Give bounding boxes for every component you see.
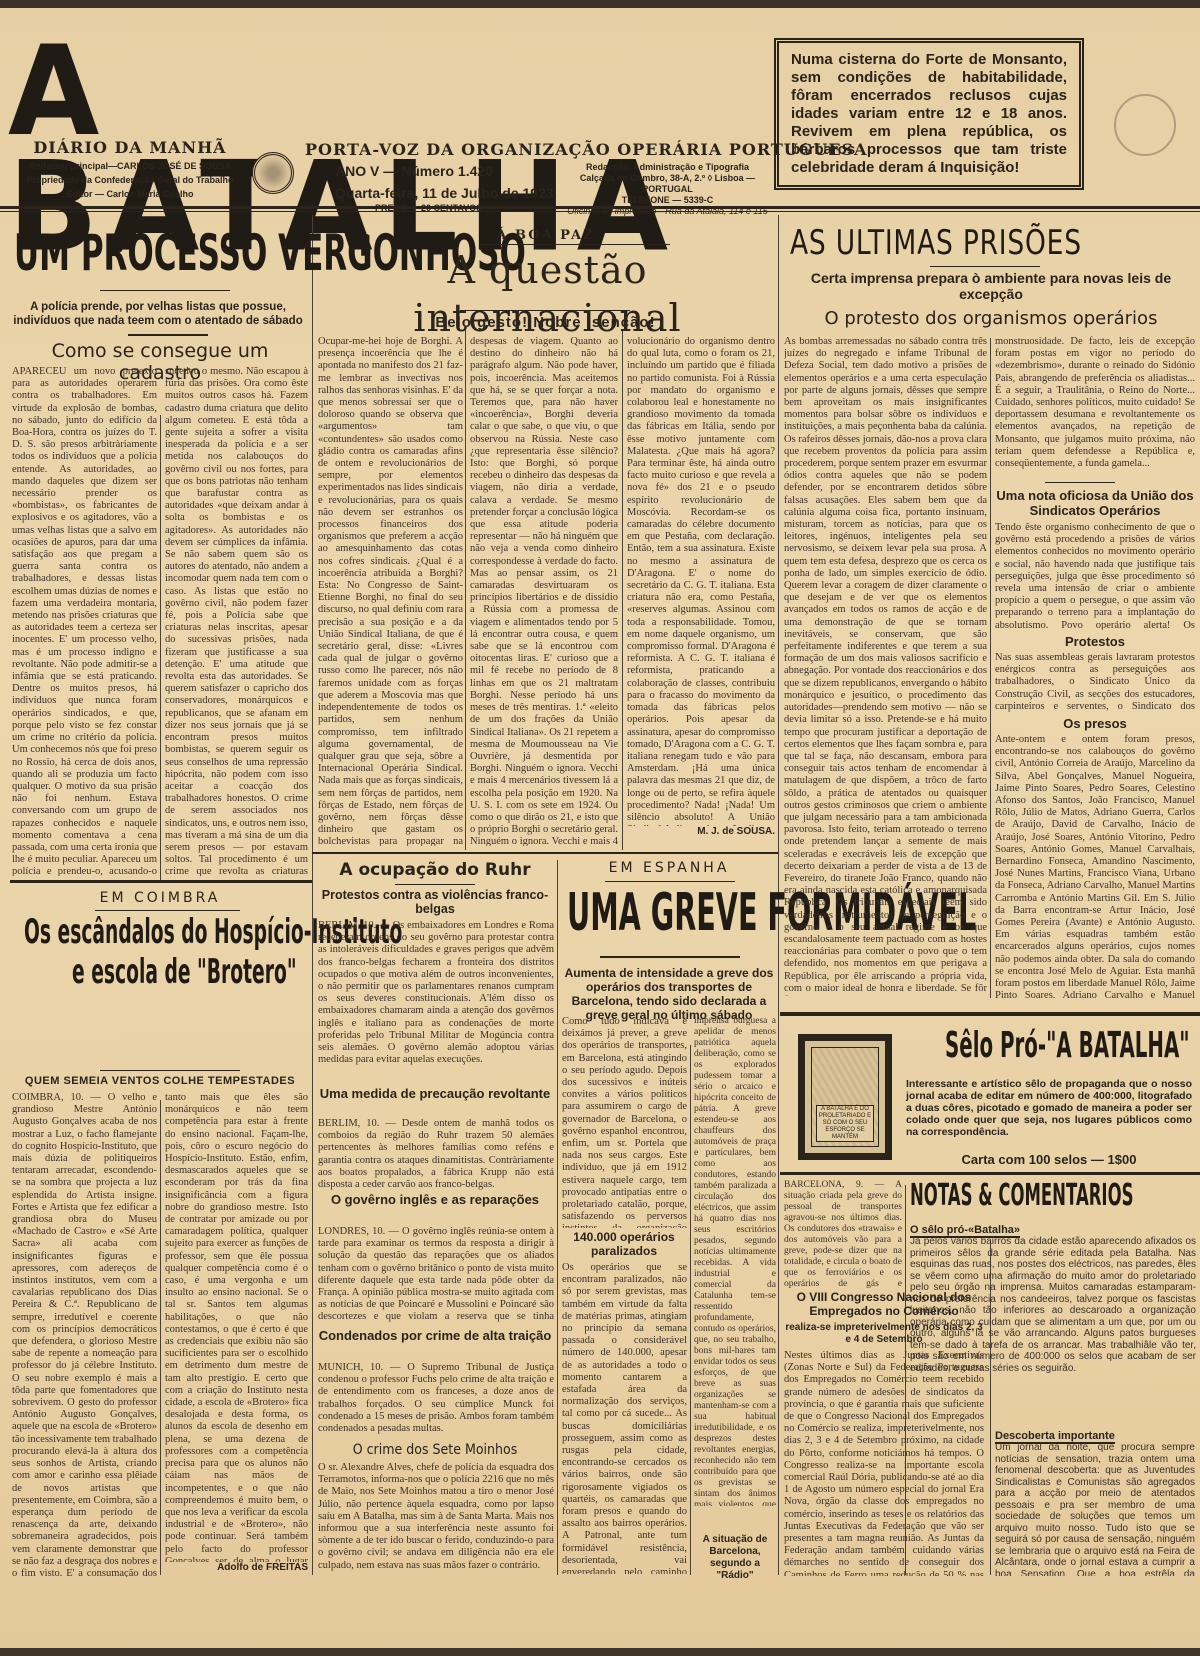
notas-body1: Já pelos vários bairros da cidade estão …: [910, 1236, 1196, 1422]
coimbra-headline-line1: Os escândalos do Hospício-Instituto: [24, 912, 288, 952]
prisoes-headline-wrap: AS ULTIMAS PRISÕES: [790, 222, 1200, 264]
coimbra-subhead: QUEM SEMEIA VENTOS COLHE TEMPESTADES: [10, 1075, 310, 1087]
questao-col2: despesas de viagem. Quanto ao destino do…: [470, 336, 618, 846]
ruhr-body1: BERLIM, 10. — Os embaixadores em Londres…: [318, 920, 554, 1085]
notas-body2: Um jornal da noite, que procura sempre n…: [995, 1442, 1195, 1576]
greve-col1: Como tudo indicava e deixámos já prever,…: [562, 1016, 687, 1228]
column-rule: [622, 330, 623, 850]
section-divider: [780, 1012, 1200, 1016]
coimbra-headline-line2: e escola de "Brotero": [72, 952, 281, 992]
greve-kicker: EM ESPANHA: [562, 860, 776, 876]
headline-rule: [395, 884, 475, 885]
prisoes-col2: monstruosidade. De facto, leis de excepç…: [995, 336, 1195, 478]
selo-headline: Sêlo Pró-"A BATALHA": [945, 1024, 1176, 1068]
prisoes-headline: AS ULTIMAS PRISÕES: [790, 222, 1200, 264]
prisoes-sub2: Uma nota oficiosa da União dos Sindicato…: [995, 488, 1195, 518]
ruhr-headline: A ocupação do Ruhr: [316, 860, 554, 880]
notas-sub2-wrap: Descoberta importante: [995, 1424, 1195, 1444]
section-divider: [10, 880, 312, 883]
processo-deck: A polícia prende, por velhas listas que …: [8, 300, 308, 328]
coimbra-signature: Adolfo de FREITAS: [165, 1562, 308, 1573]
greve-deck: Aumenta de intensidade a greve dos operá…: [560, 966, 778, 1022]
notice-box: Numa cisterna do Forte de Monsanto, sem …: [774, 38, 1084, 190]
prisoes-sub4: Os presos: [995, 716, 1195, 731]
processo-headline: UM PROCESSO VERGONHOSO: [14, 224, 312, 282]
selo-stamp-image: A BATALHA É DO PROLETARIADO E SÓ COM O S…: [798, 1034, 892, 1160]
column-rule: [312, 215, 313, 1575]
prisoes-deck: Certa imprensa prepara ò ambiente para n…: [786, 270, 1196, 302]
greve-sub3: A situação de Barcelona, segundo a "Rádi…: [692, 1534, 778, 1582]
section-divider: [312, 852, 778, 854]
masthead-address: Calçada do Combro, 38-A, 2.º ◊ Lisboa — …: [555, 173, 780, 195]
prisoes-col2b: Tendo êste organismo conhecimento de que…: [995, 522, 1195, 630]
union-seal-icon: [252, 152, 294, 194]
prisoes-col1: As bombas arremessadas no sábado contra …: [784, 336, 987, 996]
selo-headline-wrap: Sêlo Pró-"A BATALHA": [945, 1024, 1200, 1068]
section-divider: [780, 1172, 1200, 1175]
masthead-divider-thin: [0, 211, 1200, 212]
ruhr-body5: O sr. Alexandre Alves, chefe de polícia …: [318, 1462, 554, 1576]
ruhr-sub4: Condenados por crime de alta traição: [316, 1328, 554, 1343]
column-rule: [160, 1100, 161, 1575]
bottom-border: [0, 1648, 1200, 1656]
column-rule: [690, 1045, 691, 1575]
masthead-admin-label: Redacção, Administração e Tipografia: [555, 162, 780, 173]
ruhr-subhead: Protestos contra as violências franco-be…: [316, 888, 554, 916]
headline-rule: [100, 290, 230, 291]
prisoes-col2d: Ante-ontem e ontem foram presos, encontr…: [995, 734, 1195, 998]
headline-rule: [930, 266, 1040, 267]
masthead-daily: DIÁRIO DA MANHÃ: [10, 138, 250, 157]
coimbra-col1: COIMBRA, 10. — O velho e grandioso Mestr…: [12, 1092, 157, 1577]
selo-body: Interessante e artístico sêlo de propaga…: [906, 1078, 1192, 1138]
greve-col2b: BARCELONA, 9. — A situação criada pela g…: [784, 1180, 902, 1288]
column-rule: [160, 415, 161, 880]
prisoes-subhead: O protesto dos organismos operários: [786, 308, 1196, 329]
greve-col1b: Os operários que se encontram paralizado…: [562, 1262, 687, 1574]
ornament-rule: [128, 334, 208, 336]
ruhr-body4: MUNICH, 10. — O Supremo Tribunal de Just…: [318, 1362, 554, 1434]
kicker-rule: [480, 244, 670, 245]
greve-sub2: 140.000 operários paralizados: [560, 1230, 688, 1258]
notas-headline-wrap: NOTAS & COMENTARIOS: [910, 1178, 1200, 1214]
library-stamp-icon: [1114, 94, 1176, 156]
notas-headline: NOTAS & COMENTARIOS: [910, 1178, 1163, 1214]
selo-stamp-caption: A BATALHA É DO PROLETARIADO E SÓ COM O S…: [816, 1105, 874, 1142]
coimbra-kicker: EM COIMBRA: [10, 890, 310, 906]
headline-rule: [100, 1070, 240, 1071]
questao-subhead: Belo gesto! Nobre isenção!: [318, 314, 773, 331]
ruhr-sub2: Uma medida de precaução revoltante: [316, 1086, 554, 1101]
questao-signature: M. J. de SOUSA.: [627, 826, 775, 837]
ruhr-body3: LONDRES, 10. — O govêrno inglês reúnia-s…: [318, 1226, 554, 1324]
questao-col3: volucionário do organismo dentro do qual…: [627, 336, 775, 826]
masthead-editor: Editor — Carlos Maria Coelho: [10, 189, 250, 199]
masthead-title: A BATALHA: [8, 33, 748, 149]
questao-col1: Ocupar-me-hei hoje de Borghi. A presença…: [318, 336, 463, 846]
prisoes-sub3: Protestos: [995, 634, 1195, 649]
ornament-rule: [460, 310, 630, 311]
masthead-divider: [0, 206, 1200, 209]
questao-kicker: Á BOA PAZ: [318, 228, 773, 243]
kicker-rule: [605, 881, 735, 882]
masthead-owner: Propriedade da Confederação Geral do Tra…: [10, 175, 250, 185]
column-rule: [557, 860, 558, 1575]
notas-sub1-wrap: O sêlo pró-«Batalha»: [910, 1218, 1195, 1238]
ruhr-body2: BERLIM, 10. — Desde ontem de manhã todos…: [318, 1118, 554, 1190]
processo-col1: APARECEU um novo pretexto para as autori…: [12, 366, 157, 876]
ruhr-sub5: O crime dos Sete Moinhos: [328, 1442, 542, 1458]
prisoes-col2c: Nas suas assembleas gerais lavraram prot…: [995, 652, 1195, 712]
masthead-tagline: PORTA-VOZ DA ORGANIZAÇÃO OPERÁRIA PORTUG…: [305, 140, 775, 159]
masthead-telephone: TELEFONE — 5339-C: [555, 195, 780, 206]
ornament-rule: [600, 956, 740, 958]
section-rule: [1045, 482, 1115, 483]
coimbra-col2: tanto mais que êles são monárquicos e nã…: [165, 1092, 308, 1562]
ruhr-sub3: O govêrno inglês e as reparações: [316, 1192, 554, 1207]
masthead-left: DIÁRIO DA MANHÃ Redactor principal—CARLO…: [10, 138, 250, 199]
processo-col2: sucedeu o mesmo. Não escapou à fúria das…: [165, 366, 308, 876]
top-border: [0, 0, 1200, 8]
masthead-editor-in-chief: Redactor principal—CARLOS JOSÉ DE SOUSA: [10, 161, 250, 171]
selo-price: Carta com 100 selos — 1$00: [906, 1152, 1192, 1167]
newspaper-page: A BATALHA DIÁRIO DA MANHÃ Redactor princ…: [0, 0, 1200, 1656]
greve-col2: imprensa burguesa a apelidar de menos pa…: [694, 1016, 776, 1506]
selo-stamp-illustration: A BATALHA É DO PROLETARIADO E SÓ COM O S…: [811, 1047, 879, 1147]
column-rule: [465, 330, 466, 850]
kicker-rule: [95, 910, 240, 911]
